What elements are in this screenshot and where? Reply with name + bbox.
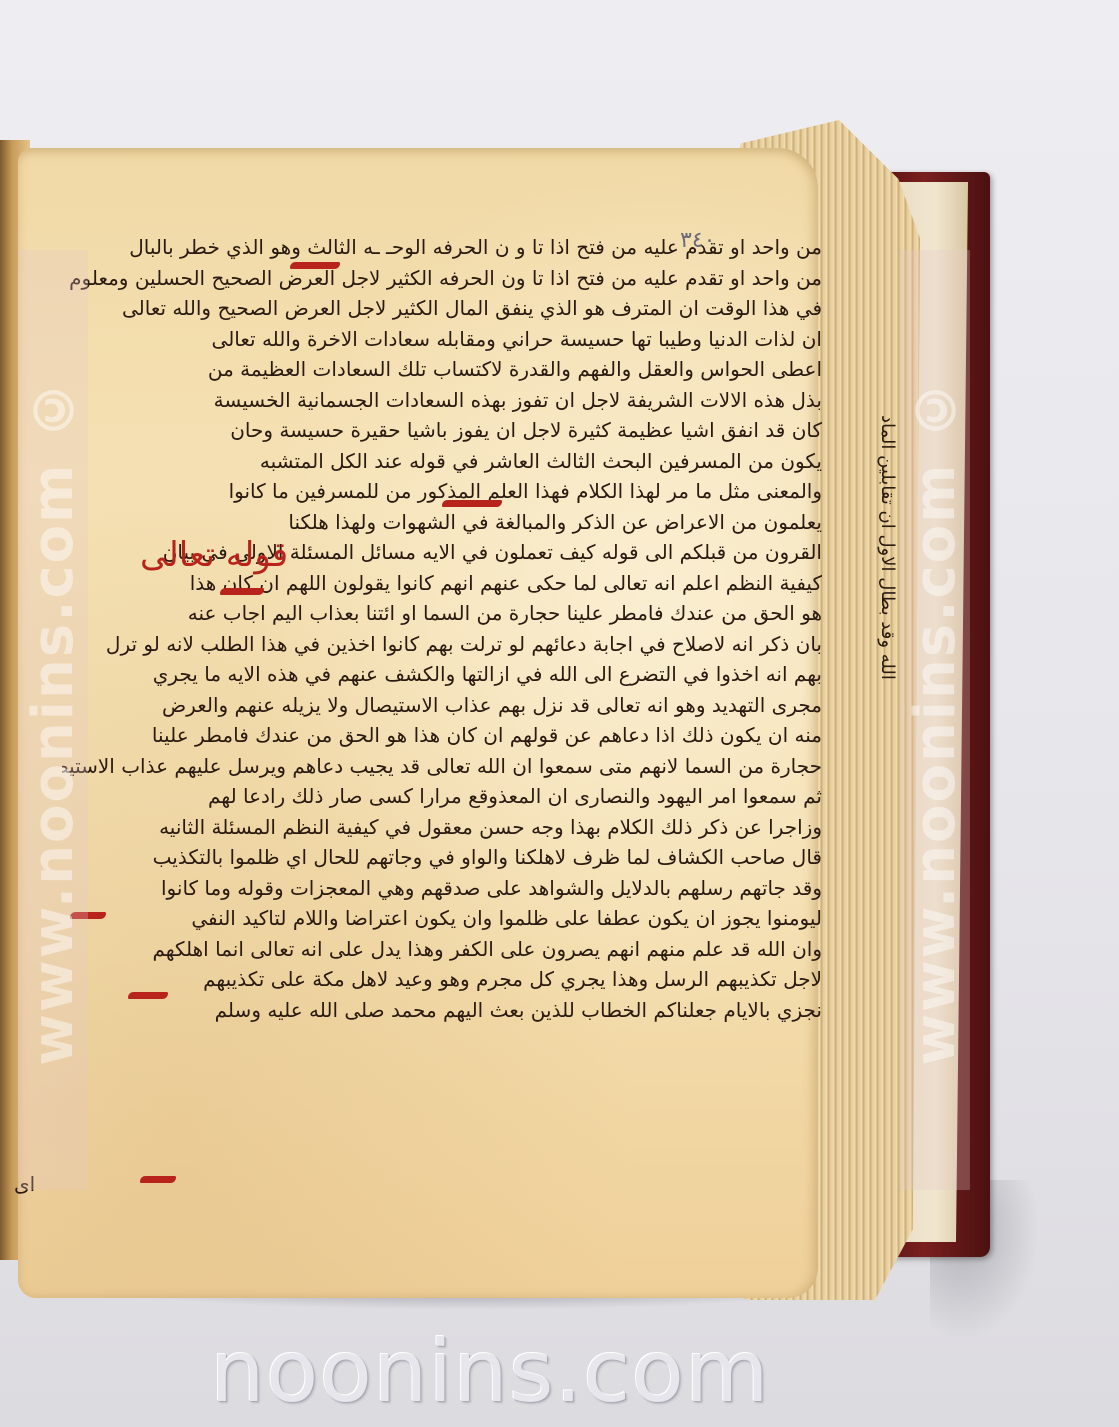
text-line: لاجل تكذيبهم الرسل وهذا يجري كل مجرم وهو… <box>62 964 822 995</box>
text-line: اعطى الحواس والعقل والفهم والقدرة لاكتسا… <box>62 354 822 385</box>
text-line: بان ذكر انه لاصلاح في اجابة دعائهم لو تر… <box>62 629 822 660</box>
rubric-heading: قوله تعالى <box>140 535 288 575</box>
text-line: وزاجرا عن ذكر ذلك الكلام بهذا وجه حسن مع… <box>62 812 822 843</box>
text-line: نجزي بالايام جعلناكم الخطاب للذين بعث ال… <box>62 995 822 1026</box>
text-line: بهم انه اخذوا في التضرع الى الله في ازال… <box>62 659 822 690</box>
rubric-stroke <box>290 262 340 269</box>
text-line: كان قد انفق اشيا عظيمة كثيرة لاجل ان يفو… <box>62 415 822 446</box>
rubric-stroke <box>128 992 168 999</box>
text-line: في هذا الوقت ان المترف هو الذي ينفق الما… <box>62 293 822 324</box>
text-line: قال صاحب الكشاف لما ظرف لاهلكنا والواو ف… <box>62 842 822 873</box>
text-line: حجارة من السما لانهم متى سمعوا ان الله ت… <box>62 751 822 782</box>
manuscript-text: من واحد او تقدم عليه من فتح اذا تا و ن ا… <box>62 232 822 1025</box>
margin-note: الله وقد بطال الاول ان تقابلين الماد <box>868 200 898 680</box>
text-line: مجرى التهديد وهو انه تعالى قد نزل بهم عذ… <box>62 690 822 721</box>
rubric-stroke <box>140 1176 176 1183</box>
photo-scene: ٣٤٠ من واحد او تقدم عليه من فتح اذا تا و… <box>0 0 1119 1427</box>
text-line: يكون من المسرفين البحث الثالث العاشر في … <box>62 446 822 477</box>
text-line: يعلمون من الاعراض عن الذكر والمبالغة في … <box>62 507 822 538</box>
watermark-bottom: noonins.com <box>170 1322 810 1422</box>
watermark-right: www.noonins.com © <box>900 250 970 1190</box>
text-line: وان الله قد علم منهم انهم يصرون على الكف… <box>62 934 822 965</box>
watermark-left: www.noonins.com © <box>18 250 88 1190</box>
rubric-stroke <box>220 588 264 595</box>
text-line: ان لذات الدنيا وطيبا تها حسيسة حراني ومق… <box>62 324 822 355</box>
text-line: ثم سمعوا امر اليهود والنصارى ان المعذوقع… <box>62 781 822 812</box>
text-line: من واحد او تقدم عليه من فتح اذا تا و ن ا… <box>62 232 822 263</box>
text-line: وقد جاتهم رسلهم بالدلايل والشواهد على صد… <box>62 873 822 904</box>
rubric-stroke <box>442 500 502 507</box>
text-line: ليومنوا يجوز ان يكون عطفا على ظلموا وان … <box>62 903 822 934</box>
text-line: هو الحق من عندك فامطر علينا حجارة من الس… <box>62 598 822 629</box>
text-line: من واحد او تقدم عليه من فتح اذا تا ون ال… <box>62 263 822 294</box>
text-line: بذل هذه الالات الشريفة لاجل ان تفوز بهذه… <box>62 385 822 416</box>
text-line: منه ان يكون ذلك اذا دعاهم عن قولهم ان كا… <box>62 720 822 751</box>
